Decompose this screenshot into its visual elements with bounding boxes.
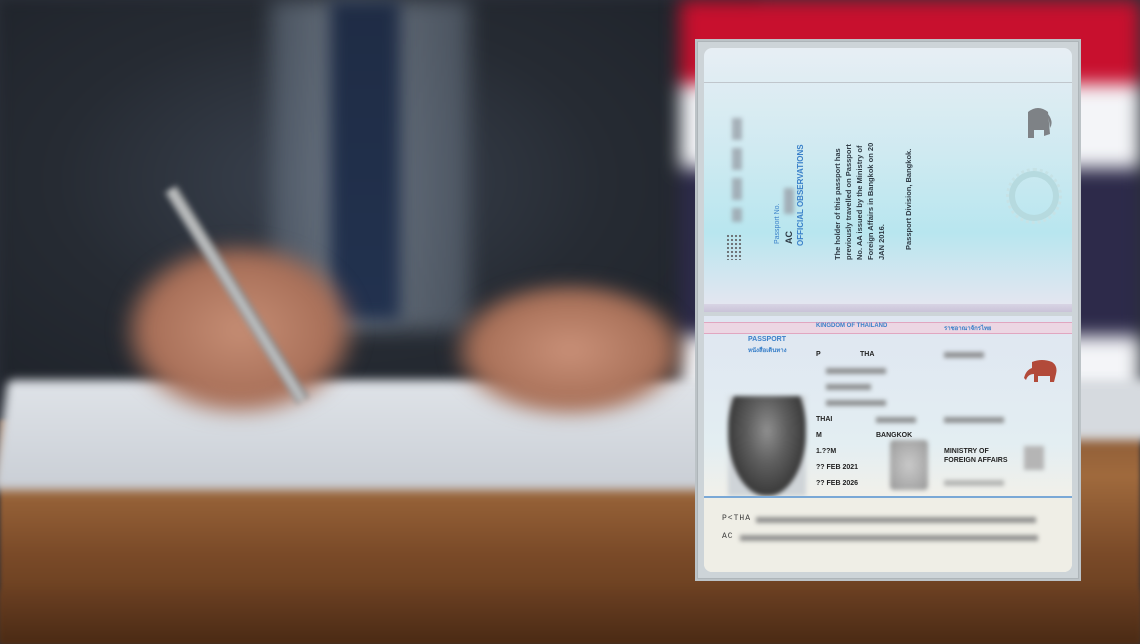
- redacted-passport-no: [944, 352, 984, 358]
- place-of-birth-value: BANGKOK: [876, 432, 912, 439]
- elephant-emblem-icon: [1022, 104, 1054, 144]
- desk-edge: [0, 590, 1140, 644]
- passport-data-page: PASSPORT หนังสือเดินทาง KINGDOM OF THAIL…: [704, 316, 1072, 572]
- date-of-issue-value: ?? FEB 2021: [816, 464, 858, 471]
- holder-photo-redacted: [728, 396, 806, 496]
- doc-label-en: PASSPORT: [748, 336, 786, 343]
- redacted-id-no: [944, 417, 1004, 423]
- redacted-given-name: [826, 384, 871, 390]
- perforation-dots: [726, 234, 742, 260]
- redacted-block: [732, 208, 742, 222]
- machine-readable-zone: P<THA AC: [704, 498, 1072, 572]
- passport-observations-page: Passport No. AC OFFICIAL OBSERVATIONS Th…: [704, 48, 1072, 312]
- hand-resting: [450, 280, 690, 420]
- country-name-th: ราชอาณาจักรไทย: [944, 323, 991, 333]
- redacted-dob: [876, 417, 916, 423]
- sex-value: M: [816, 432, 822, 439]
- issuer-line: Passport Division, Bangkok.: [904, 149, 913, 250]
- observation-text: The holder of this passport has previous…: [832, 130, 887, 260]
- country-code-value: THA: [860, 351, 874, 358]
- redacted-given-name-th: [826, 400, 886, 406]
- authority-line2: FOREIGN AFFAIRS: [944, 457, 1008, 464]
- mrz-line-1: P<THA: [722, 514, 751, 523]
- authority-line1: MINISTRY OF: [944, 448, 989, 455]
- mrz-line-2: AC: [722, 532, 734, 541]
- redacted-block: [732, 118, 742, 140]
- ghost-image-small: [1024, 446, 1044, 470]
- redacted-block: [732, 148, 742, 170]
- passport-image: Passport No. AC OFFICIAL OBSERVATIONS Th…: [697, 41, 1079, 579]
- redacted-mrz-1: [756, 517, 1036, 523]
- doc-label-th: หนังสือเดินทาง: [748, 345, 787, 355]
- hand-writing: [120, 240, 360, 420]
- red-elephant-emblem-icon: [1024, 358, 1060, 384]
- passport-no-value: AC: [784, 231, 794, 244]
- date-of-expiry-value: ?? FEB 2026: [816, 480, 858, 487]
- redacted-mrz-2: [740, 535, 1038, 541]
- nationality-value: THAI: [816, 416, 832, 423]
- redacted-surname: [826, 368, 886, 374]
- ghost-image: [890, 440, 928, 490]
- redacted-signature: [944, 480, 1004, 486]
- redacted-passport-no: [784, 188, 794, 214]
- type-value: P: [816, 351, 821, 358]
- passport-no-label: Passport No.: [774, 204, 781, 244]
- redacted-block: [732, 178, 742, 200]
- seal-emblem-icon: [1006, 168, 1062, 224]
- height-value: 1.??M: [816, 448, 836, 455]
- country-name-en: KINGDOM OF THAILAND: [816, 323, 887, 329]
- official-observations-title: OFFICIAL OBSERVATIONS: [796, 144, 805, 246]
